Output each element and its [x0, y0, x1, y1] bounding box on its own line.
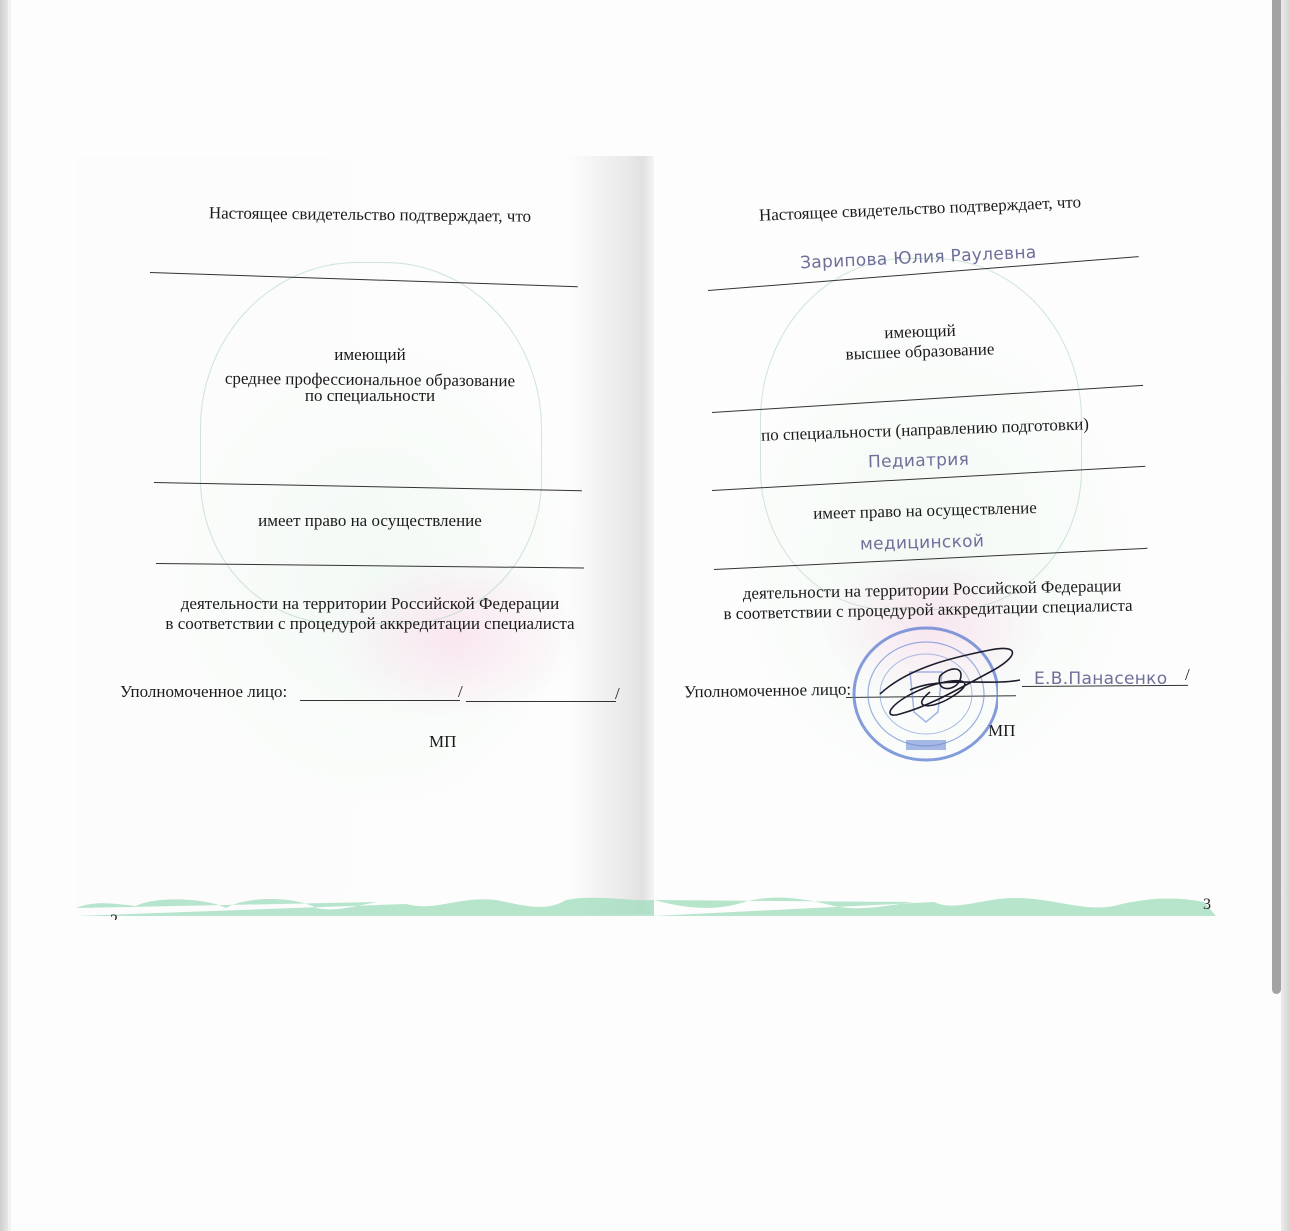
left-right-label: имеет право на осуществление: [150, 511, 590, 531]
left-seal-label: МП: [429, 732, 456, 752]
viewer-right-edge: [1281, 0, 1290, 1231]
left-watermark-rosette: [200, 262, 542, 624]
left-signature-sep2: /: [615, 684, 620, 704]
right-authorized-label: Уполномоченное лицо:: [684, 680, 852, 703]
vertical-scrollbar[interactable]: [1272, 0, 1281, 994]
left-authorized-label: Уполномоченное лицо:: [120, 682, 287, 702]
left-having: имеющий: [150, 345, 590, 365]
left-specialty-label: по специальности: [150, 386, 590, 406]
right-specialty-value: Педиатрия: [868, 450, 970, 473]
left-signature-line: [300, 700, 460, 701]
viewer-left-edge-inner: [8, 0, 11, 1231]
right-activity-value: медицинской: [860, 531, 985, 554]
right-decorative-border: [654, 892, 1216, 916]
right-page-number: 3: [1203, 896, 1211, 914]
viewer-left-edge: [0, 0, 8, 1231]
left-signature-sep1: /: [458, 682, 463, 702]
left-page-number: 2: [110, 912, 118, 920]
left-territory-2: в соответствии с процедурой аккредитации…: [150, 614, 590, 634]
signature-icon: [870, 636, 1030, 726]
right-signature-sep2: /: [1185, 665, 1190, 685]
page-fold: [630, 156, 656, 914]
left-signatory-line: [466, 701, 616, 702]
left-decorative-border: [76, 892, 654, 916]
left-territory-1: деятельности на территории Российской Фе…: [150, 594, 590, 614]
